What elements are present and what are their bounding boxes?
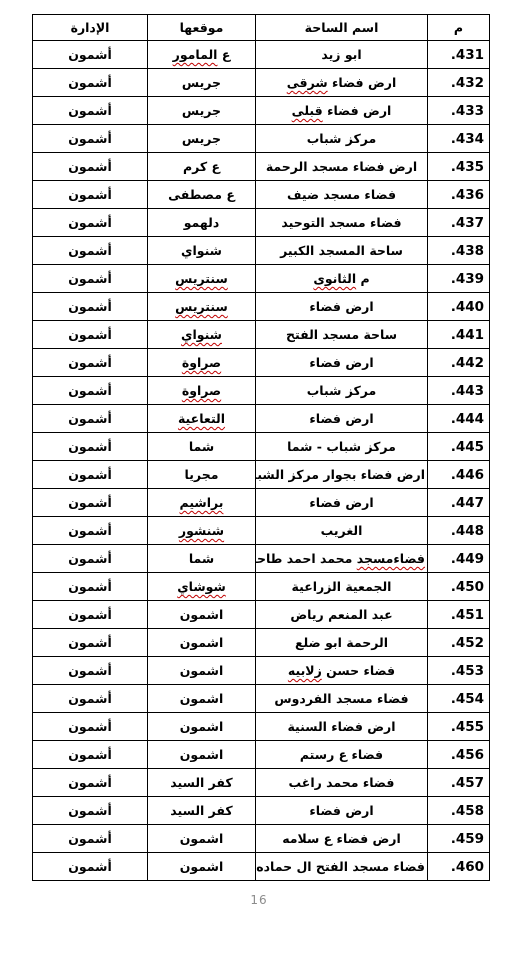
word: جريس: [182, 103, 221, 118]
word: ارض فضاء ع سلامه: [282, 831, 401, 846]
table-row: .458ارض فضاءكفر السيدأشمون: [33, 797, 490, 825]
page-number: 16: [0, 893, 518, 907]
row-number-cell: .455: [428, 713, 490, 741]
word: اشمون: [180, 635, 223, 650]
misspelled-word: زلابيه: [288, 663, 322, 678]
word: اشمون: [180, 747, 223, 762]
word: ارض فضاء: [309, 411, 373, 426]
arena-name-cell: فضاء مسجد الفردوس: [256, 685, 428, 713]
misspelled-word: شنواي: [181, 327, 222, 342]
row-number-cell: .450: [428, 573, 490, 601]
misspelled-word: قبلى: [292, 103, 323, 118]
word: فضاء مسجد الفتح ال حماده: [256, 859, 425, 874]
word: فضاء مسجد ضيف: [287, 187, 396, 202]
word: ساحة المسجد الكبير: [280, 243, 403, 258]
word: محمد احمد طاحون: [256, 551, 357, 566]
word: ارض فضاء مسجد الرحمة: [266, 159, 417, 174]
word: الرحمة ابو ضلع: [295, 635, 388, 650]
administration-cell: أشمون: [33, 601, 148, 629]
location-cell: اشمون: [148, 601, 256, 629]
table-row: .455ارض فضاء السنيةاشمونأشمون: [33, 713, 490, 741]
administration-cell: أشمون: [33, 293, 148, 321]
location-cell: جريس: [148, 97, 256, 125]
table-header-row: م اسم الساحة موقعها الإدارة: [33, 15, 490, 41]
word: ابو زيد: [321, 47, 361, 62]
header-location: موقعها: [148, 15, 256, 41]
location-cell: شوشاي: [148, 573, 256, 601]
table-row: .432ارض فضاء شرقىجريسأشمون: [33, 69, 490, 97]
table-row: .434مركز شبابجريسأشمون: [33, 125, 490, 153]
row-number-cell: .460: [428, 853, 490, 881]
administration-cell: أشمون: [33, 209, 148, 237]
table-row: .444ارض فضاءالتعاعيةأشمون: [33, 405, 490, 433]
table-row: .449فضاءمسجد محمد احمد طاحونشماأشمون: [33, 545, 490, 573]
word: فضاء حسن: [322, 663, 395, 678]
arena-name-cell: فضاء ع رستم: [256, 741, 428, 769]
location-cell: اشمون: [148, 629, 256, 657]
location-cell: شنواي: [148, 237, 256, 265]
word: م: [356, 271, 370, 286]
row-number-cell: .438: [428, 237, 490, 265]
word: كفر السيد: [170, 803, 232, 818]
administration-cell: أشمون: [33, 489, 148, 517]
location-cell: شنواي: [148, 321, 256, 349]
row-number-cell: .436: [428, 181, 490, 209]
word: مركز شباب: [307, 383, 377, 398]
word: فضاء محمد راغب: [289, 775, 395, 790]
row-number-cell: .449: [428, 545, 490, 573]
row-number-cell: .458: [428, 797, 490, 825]
row-number-cell: .446: [428, 461, 490, 489]
location-cell: اشمون: [148, 853, 256, 881]
location-cell: صراوة: [148, 349, 256, 377]
administration-cell: أشمون: [33, 321, 148, 349]
misspelled-word: الثانوى: [313, 271, 356, 286]
arena-name-cell: مركز شباب - شما: [256, 433, 428, 461]
administration-cell: أشمون: [33, 545, 148, 573]
administration-cell: أشمون: [33, 349, 148, 377]
word: ارض فضاء: [309, 495, 373, 510]
table-row: .453فضاء حسن زلابيهاشمونأشمون: [33, 657, 490, 685]
word: ارض فضاء: [309, 299, 373, 314]
misspelled-word: سنتريس: [175, 299, 228, 314]
row-number-cell: .439: [428, 265, 490, 293]
table-row: .454فضاء مسجد الفردوساشمونأشمون: [33, 685, 490, 713]
row-number-cell: .457: [428, 769, 490, 797]
word: جريس: [182, 75, 221, 90]
word: الغريب: [321, 523, 363, 538]
word: الجمعية الزراعية: [292, 579, 392, 594]
table-row: .441ساحة مسجد الفتحشنوايأشمون: [33, 321, 490, 349]
arena-name-cell: الرحمة ابو ضلع: [256, 629, 428, 657]
word: اشمون: [180, 719, 223, 734]
arena-name-cell: ارض فضاء شرقى: [256, 69, 428, 97]
table-row: .443مركز شبابصراوةأشمون: [33, 377, 490, 405]
header-arena-name: اسم الساحة: [256, 15, 428, 41]
word: مركز شباب - شما: [287, 439, 396, 454]
administration-cell: أشمون: [33, 685, 148, 713]
arena-name-cell: ساحة مسجد الفتح: [256, 321, 428, 349]
table-row: .448الغريبشنشورأشمون: [33, 517, 490, 545]
administration-cell: أشمون: [33, 573, 148, 601]
word: ارض فضاء: [323, 103, 392, 118]
location-cell: التعاعية: [148, 405, 256, 433]
arena-name-cell: مركز شباب: [256, 377, 428, 405]
administration-cell: أشمون: [33, 237, 148, 265]
arena-name-cell: ارض فضاء: [256, 489, 428, 517]
misspelled-word: سنتريس: [175, 271, 228, 286]
row-number-cell: .456: [428, 741, 490, 769]
administration-cell: أشمون: [33, 741, 148, 769]
row-number-cell: .442: [428, 349, 490, 377]
arena-name-cell: ارض فضاء: [256, 405, 428, 433]
administration-cell: أشمون: [33, 405, 148, 433]
table-row: .456فضاء ع رستماشمونأشمون: [33, 741, 490, 769]
arena-name-cell: ساحة المسجد الكبير: [256, 237, 428, 265]
word: فضاء ع رستم: [300, 747, 383, 762]
misspelled-word: براشيم: [180, 495, 224, 510]
row-number-cell: .437: [428, 209, 490, 237]
table-row: .446ارض فضاء بجوار مركز الشبابمجرياأشمون: [33, 461, 490, 489]
arena-name-cell: الغريب: [256, 517, 428, 545]
row-number-cell: .447: [428, 489, 490, 517]
location-cell: ع كرم: [148, 153, 256, 181]
table-row: .435ارض فضاء مسجد الرحمةع كرمأشمون: [33, 153, 490, 181]
word: ارض فضاء: [309, 355, 373, 370]
table-row: .436فضاء مسجد ضيفع مصطفىأشمون: [33, 181, 490, 209]
misspelled-word: التعاعية: [178, 411, 225, 426]
word: كفر السيد: [170, 775, 232, 790]
word: شما: [189, 551, 214, 566]
administration-cell: أشمون: [33, 181, 148, 209]
word: ارض فضاء بجوار مركز الشباب: [256, 467, 426, 482]
word: ساحة مسجد الفتح: [286, 327, 397, 342]
arena-name-cell: مركز شباب: [256, 125, 428, 153]
word: اشمون: [180, 691, 223, 706]
table-body: .431ابو زيدع المامورأشمون.432ارض فضاء شر…: [33, 41, 490, 881]
row-number-cell: .451: [428, 601, 490, 629]
location-cell: اشمون: [148, 825, 256, 853]
table-row: .451عبد المنعم رياضاشمونأشمون: [33, 601, 490, 629]
word: ارض فضاء: [309, 803, 373, 818]
word: ع: [217, 47, 230, 62]
word: فضاء مسجد الفردوس: [274, 691, 408, 706]
word: دلهمو: [184, 215, 220, 230]
misspelled-word: شنشور: [179, 523, 224, 538]
misspelled-word: صراوة: [182, 383, 221, 398]
arena-name-cell: ارض فضاء مسجد الرحمة: [256, 153, 428, 181]
word: اشمون: [180, 859, 223, 874]
word: ارض فضاء السنية: [287, 719, 395, 734]
row-number-cell: .432: [428, 69, 490, 97]
location-cell: شنشور: [148, 517, 256, 545]
administration-cell: أشمون: [33, 265, 148, 293]
arena-name-cell: فضاء محمد راغب: [256, 769, 428, 797]
word: ع مصطفى: [168, 187, 235, 202]
table-row: .440ارض فضاءسنتريسأشمون: [33, 293, 490, 321]
row-number-cell: .431: [428, 41, 490, 69]
administration-cell: أشمون: [33, 69, 148, 97]
row-number-cell: .459: [428, 825, 490, 853]
word: اشمون: [180, 831, 223, 846]
table-row: .437فضاء مسجد التوحيددلهموأشمون: [33, 209, 490, 237]
location-cell: جريس: [148, 69, 256, 97]
location-cell: اشمون: [148, 713, 256, 741]
location-cell: مجريا: [148, 461, 256, 489]
arena-name-cell: ارض فضاء السنية: [256, 713, 428, 741]
administration-cell: أشمون: [33, 517, 148, 545]
row-number-cell: .433: [428, 97, 490, 125]
location-cell: اشمون: [148, 685, 256, 713]
arena-name-cell: فضاء حسن زلابيه: [256, 657, 428, 685]
table-row: .445مركز شباب - شماشماأشمون: [33, 433, 490, 461]
word: شما: [189, 439, 214, 454]
arena-name-cell: م الثانوى: [256, 265, 428, 293]
arena-name-cell: فضاء مسجد الفتح ال حماده: [256, 853, 428, 881]
misspelled-word: شوشاي: [177, 579, 226, 594]
table-row: .433ارض فضاء قبلىجريسأشمون: [33, 97, 490, 125]
location-cell: اشمون: [148, 741, 256, 769]
location-cell: كفر السيد: [148, 769, 256, 797]
administration-cell: أشمون: [33, 125, 148, 153]
arena-name-cell: فضاءمسجد محمد احمد طاحون: [256, 545, 428, 573]
administration-cell: أشمون: [33, 797, 148, 825]
arena-name-cell: ارض فضاء: [256, 797, 428, 825]
row-number-cell: .434: [428, 125, 490, 153]
word: ع كرم: [183, 159, 220, 174]
administration-cell: أشمون: [33, 433, 148, 461]
arena-name-cell: فضاء مسجد التوحيد: [256, 209, 428, 237]
word: مركز شباب: [307, 131, 377, 146]
row-number-cell: .445: [428, 433, 490, 461]
administration-cell: أشمون: [33, 461, 148, 489]
word: ارض فضاء: [328, 75, 397, 90]
word: جريس: [182, 131, 221, 146]
row-number-cell: .435: [428, 153, 490, 181]
administration-cell: أشمون: [33, 97, 148, 125]
arena-name-cell: عبد المنعم رياض: [256, 601, 428, 629]
location-cell: كفر السيد: [148, 797, 256, 825]
table-row: .447ارض فضاءبراشيمأشمون: [33, 489, 490, 517]
administration-cell: أشمون: [33, 629, 148, 657]
header-administration: الإدارة: [33, 15, 148, 41]
row-number-cell: .444: [428, 405, 490, 433]
location-cell: شما: [148, 433, 256, 461]
word: عبد المنعم رياض: [290, 607, 392, 622]
location-cell: صراوة: [148, 377, 256, 405]
arena-name-cell: ارض فضاء ع سلامه: [256, 825, 428, 853]
table-row: .438ساحة المسجد الكبيرشنوايأشمون: [33, 237, 490, 265]
row-number-cell: .452: [428, 629, 490, 657]
location-cell: سنتريس: [148, 265, 256, 293]
location-cell: شما: [148, 545, 256, 573]
misspelled-word: صراوة: [182, 355, 221, 370]
administration-cell: أشمون: [33, 769, 148, 797]
misspelled-word: المامور: [173, 47, 218, 62]
word: اشمون: [180, 607, 223, 622]
location-cell: براشيم: [148, 489, 256, 517]
row-number-cell: .454: [428, 685, 490, 713]
location-cell: اشمون: [148, 657, 256, 685]
arena-name-cell: ارض فضاء: [256, 293, 428, 321]
arena-name-cell: فضاء مسجد ضيف: [256, 181, 428, 209]
administration-cell: أشمون: [33, 41, 148, 69]
administration-cell: أشمون: [33, 853, 148, 881]
row-number-cell: .448: [428, 517, 490, 545]
row-number-cell: .453: [428, 657, 490, 685]
table-row: .460فضاء مسجد الفتح ال حمادهاشمونأشمون: [33, 853, 490, 881]
word: مجريا: [185, 467, 219, 482]
word: شنواي: [181, 243, 222, 258]
administration-cell: أشمون: [33, 153, 148, 181]
table-row: .457فضاء محمد راغبكفر السيدأشمون: [33, 769, 490, 797]
table-row: .439م الثانوىسنتريسأشمون: [33, 265, 490, 293]
table-row: .442ارض فضاءصراوةأشمون: [33, 349, 490, 377]
table-row: .431ابو زيدع المامورأشمون: [33, 41, 490, 69]
arena-name-cell: ارض فضاء بجوار مركز الشباب: [256, 461, 428, 489]
row-number-cell: .441: [428, 321, 490, 349]
table-row: .450الجمعية الزراعيةشوشايأشمون: [33, 573, 490, 601]
header-num: م: [428, 15, 490, 41]
row-number-cell: .440: [428, 293, 490, 321]
table-row: .459ارض فضاء ع سلامهاشمونأشمون: [33, 825, 490, 853]
arena-name-cell: الجمعية الزراعية: [256, 573, 428, 601]
table-row: .452الرحمة ابو ضلعاشمونأشمون: [33, 629, 490, 657]
row-number-cell: .443: [428, 377, 490, 405]
location-cell: جريس: [148, 125, 256, 153]
administration-cell: أشمون: [33, 377, 148, 405]
word: اشمون: [180, 663, 223, 678]
administration-cell: أشمون: [33, 713, 148, 741]
location-cell: سنتريس: [148, 293, 256, 321]
location-cell: دلهمو: [148, 209, 256, 237]
administration-cell: أشمون: [33, 657, 148, 685]
misspelled-word: فضاءمسجد: [357, 551, 425, 566]
arenas-table: م اسم الساحة موقعها الإدارة .431ابو زيدع…: [32, 14, 490, 881]
location-cell: ع المامور: [148, 41, 256, 69]
administration-cell: أشمون: [33, 825, 148, 853]
document-page: م اسم الساحة موقعها الإدارة .431ابو زيدع…: [0, 0, 518, 956]
arena-name-cell: ارض فضاء: [256, 349, 428, 377]
misspelled-word: شرقى: [287, 75, 328, 90]
word: فضاء مسجد التوحيد: [281, 215, 401, 230]
location-cell: ع مصطفى: [148, 181, 256, 209]
arena-name-cell: ارض فضاء قبلى: [256, 97, 428, 125]
arena-name-cell: ابو زيد: [256, 41, 428, 69]
